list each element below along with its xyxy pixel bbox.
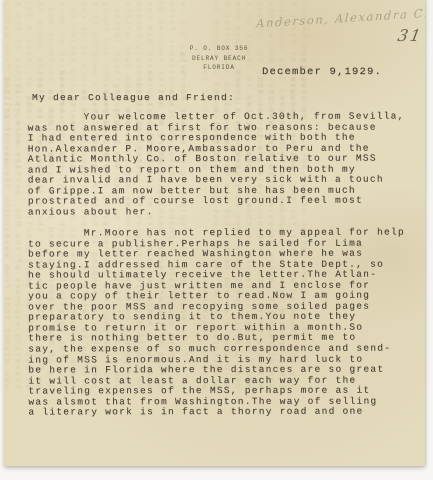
scanned-letter-page: Your welcome letter of Oct.30th, from Se… [0,0,433,480]
letterhead-po-box: P. O. BOX 356 [152,44,286,54]
letter-body: Your welcome letter of Oct.30th, from Se… [28,112,406,419]
letter-paper: Your welcome letter of Oct.30th, from Se… [4,0,425,466]
letter-date: December 9,1929. [262,66,382,78]
handwritten-page-number: 31 [396,26,424,45]
letter-salutation: My dear Colleague and Friend: [32,92,235,103]
letterhead-city: DELRAY BEACH [152,54,286,64]
